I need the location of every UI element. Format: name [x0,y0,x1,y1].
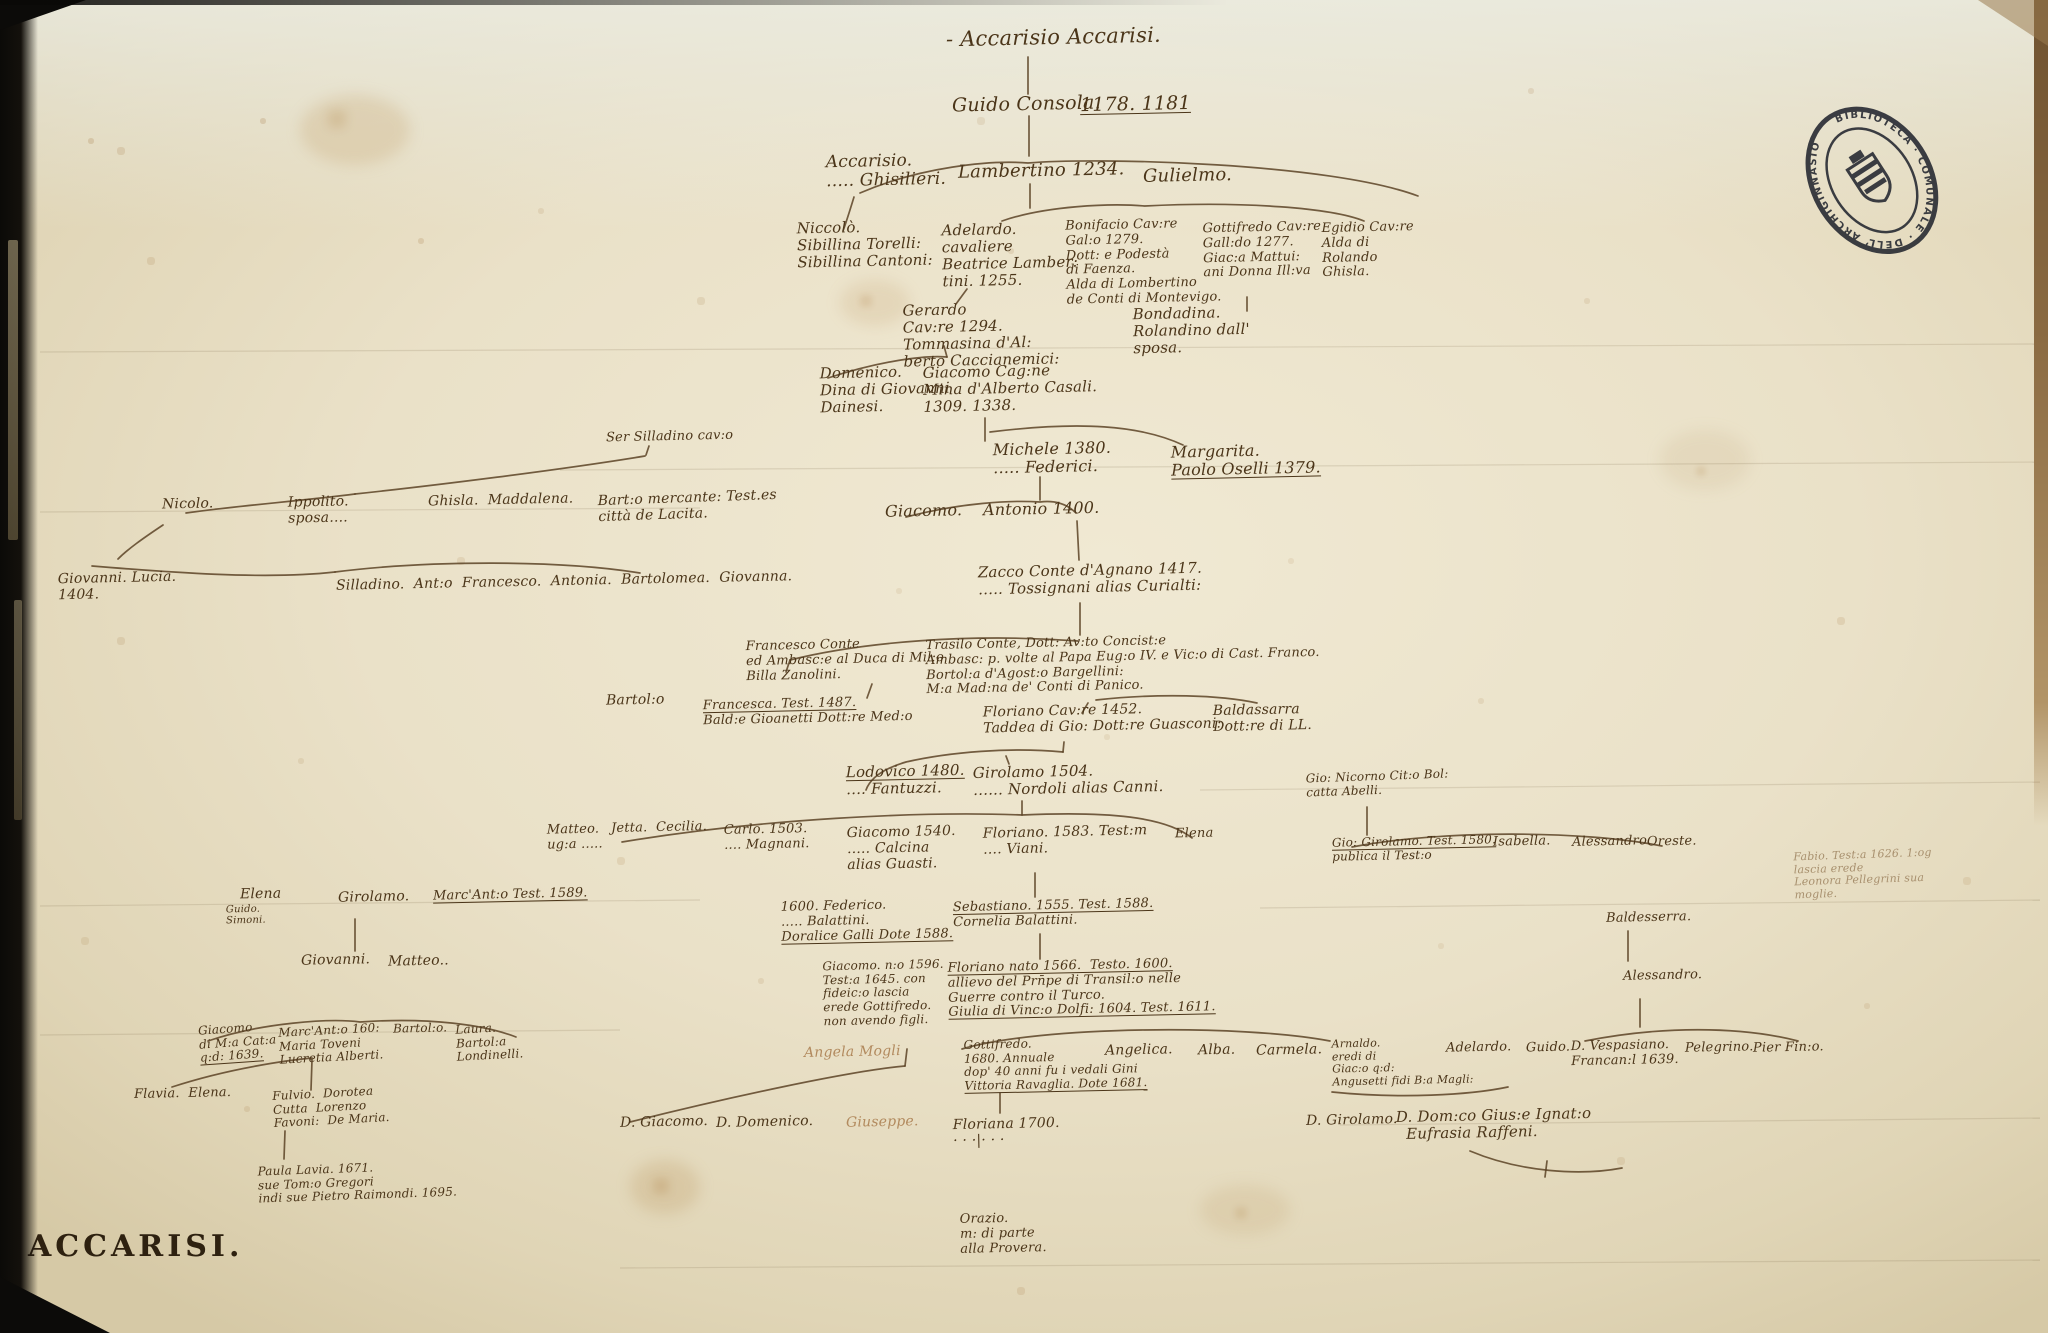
label-fulvio-dorotea: Fulvio. DoroteaCutta LorenzoFavoni: De M… [272,1084,390,1131]
label-bartolo-3: Bartol:o. [393,1021,448,1036]
label-egidio: Egidio Cav:reAlda diRolandoGhisla. [1321,220,1415,281]
label-nicolo-left: Nicolo. [162,496,214,513]
label-barto-mercante: Bart:o mercante: Test.escittà de Lacita. [597,488,777,526]
label-d-domco: D. Dom:co Gius:e Ignat:o Eufrasia Raffen… [1396,1105,1592,1143]
label-d-domenico: D. Domenico. [716,1114,814,1132]
label-paula-lavia: Paula Lavia. 1671.sue Tom:o Gregoriindi … [257,1159,457,1207]
label-guido-consola-dates: 1178. 1181 [1080,93,1191,117]
label-guido-simoni: Guido.Simoni. [226,904,266,928]
label-sebastiano-1555: Sebastiano. 1555. Test. 1588.Cornelia Ba… [953,897,1154,931]
label-gio-nicorno: Gio: Nicorno Cit:o Bol:catta Abelli. [1306,768,1450,800]
label-gio-girolamo-1580: Gio: Girolamo. Test. 1580.publica il Tes… [1332,833,1497,864]
label-angela-mogli: Angela Mogli [804,1044,901,1062]
label-matteo-left: Matteo.. [388,953,449,970]
page-edge-sliver [14,600,22,820]
label-alessandro-2: Alessandro. [1623,968,1702,984]
label-accarisio-ghisilieri: Accarisio...... Ghisilieri. [826,151,947,192]
label-baldassarra: BaldassarraDott:re di LL. [1213,702,1312,736]
label-fabio: Fabio. Test:a 1626. 1:oglascia eredeLeon… [1793,847,1933,902]
label-matteo-row: Matteo.ug:a ..... [547,822,603,853]
scan-top-edge [0,0,1229,5]
label-girolamo-left: Girolamo. [338,889,410,906]
label-alessandro-right: Alessandro. [1572,834,1651,850]
label-vespasiano: D. Vespasiano.Francan:l 1639. [1571,1038,1679,1070]
label-zacco: Zacco Conte d'Agnano 1417...... Tossigna… [978,560,1203,599]
label-giovanni-lucia: Giovanni. Lucia.1404. [58,570,177,604]
label-antonio-1400: Antonio 1400. [983,499,1100,520]
label-giuseppe: Giuseppe. [846,1114,919,1131]
label-laura-londinelli: Laura.Bartol:aLondinelli. [455,1020,524,1064]
label-baldesserra: Baldesserra. [1606,910,1692,927]
label-giacomo-3: Giacomo. [885,501,963,521]
label-trasilo: Trasilo Conte, Dott: Av:to Concist:eAmba… [925,631,1320,698]
label-ser-silladino: Ser Silladino cav:o [606,429,734,446]
label-gottifredo-1277: Gottifredo Cav:reGall:do 1277.Giac:a Mat… [1202,220,1322,282]
label-niccolo: Niccolò.Sibillina Torelli:Sibillina Cant… [796,218,933,272]
label-giacomo-1639: Giacomodi M:a Cat:aq:d: 1639. [198,1019,278,1065]
label-francesco-conte: Francesco Conteed Ambasc:e al Duca di Mi… [746,636,945,685]
label-d-girolamo: D. Girolamo. [1306,1112,1398,1130]
label-isabella: Isabella. [1493,834,1551,850]
label-carlo-1503: Carlo. 1503..... Magnani. [724,822,810,853]
label-accarisi-print: ACCARISI. [28,1230,243,1264]
label-gerardo: GerardoCav:re 1294.Tommasina d'Al:berto … [902,299,1059,371]
label-giacomo-cagne: Giacomo Cag:neMina d'Alberto Casali.1309… [922,361,1097,416]
label-floriano-1583: Floriano. 1583. Test:m.... Viani. [983,823,1148,858]
label-giacomo-1540: Giacomo 1540...... Calcinaalias Guasti. [847,824,957,874]
label-carmela: Carmela. [1256,1042,1323,1059]
label-federico-1600: 1600. Federico...... Balattini.Doralice … [781,897,954,945]
label-lambertino: Lambertino 1234. [958,159,1125,183]
label-girolamo-1504: Girolamo 1504....... Nordoli alias Canni… [973,761,1164,799]
label-pelegrino: Pelegrino. [1685,1040,1754,1056]
label-oreste: Oreste. [1647,834,1697,850]
label-floriana-1700: Floriana 1700.· · ·|· · · [953,1116,1060,1150]
label-gulielmo: Gulielmo. [1143,165,1232,187]
manuscript-page: - Accarisio Accarisi.Guido Consola.1178.… [0,0,2048,1333]
label-flavia-elena: Flavia. Elena. [134,1086,231,1103]
label-guido-2: Guido. [1526,1041,1570,1057]
label-floriano-1566: Floriano nato 1566. Testo. 1600.allievo … [947,956,1215,1021]
label-angelica: Angelica. [1105,1042,1173,1059]
book-fore-edge [2034,0,2048,826]
label-francesca: Francesca. Test. 1487.Bald:e Gioanetti D… [703,695,913,729]
label-ghisla-maddalena: Ghisla. Maddalena. [428,491,574,510]
label-adelardo-2: Adelardo. [1446,1040,1512,1056]
label-pier-fino: Pier Fin:o. [1753,1040,1824,1056]
label-bartolo-2: Bartol:o [606,692,665,709]
label-adelardo: Adelardo.cavaliereBeatrice Lamber:tini. … [941,220,1078,291]
label-marcantonio-160: Marc'Ant:o 160:Maria ToveniLucretia Albe… [278,1021,384,1067]
label-michele-1380: Michele 1380...... Federici. [993,439,1112,478]
label-giovanni-left: Giovanni. [301,952,370,969]
label-floriano-1452: Floriano Cav:re 1452.Taddea di Gio: Dott… [983,701,1222,738]
label-orazio: Orazio.m: di partealla Provera. [960,1211,1047,1257]
label-elena-right: Elena [1175,827,1214,843]
label-giacomo-1596: Giacomo. n:o 1596.Test:a 1645. confideic… [822,958,945,1029]
page-edge-sliver [8,240,18,540]
stamp-coat-of-arms [1842,145,1898,208]
label-guido-consola: Guido Consola. [952,92,1101,117]
label-bonifacio: Bonifacio Cav:reGal:o 1279.Dott: e Podes… [1065,216,1222,308]
label-jetta-cecilia: Jetta. Cecilia. [611,820,707,837]
label-accarisio-accarisi: - Accarisio Accarisi. [946,24,1161,52]
label-d-giacomo: D. Giacomo. [620,1114,708,1132]
label-bondadina: Bondadina.Rolandino dall'sposa. [1132,304,1250,358]
label-alba: Alba. [1198,1043,1236,1060]
label-lodovico-1480: Lodovico 1480..... Fantuzzi. [846,762,966,799]
label-margarita: Margarita.Paolo Oselli 1379. [1171,440,1321,480]
label-elena-left: Elena [240,887,282,904]
label-ippolito: Ippolito.sposa.... [288,494,350,527]
